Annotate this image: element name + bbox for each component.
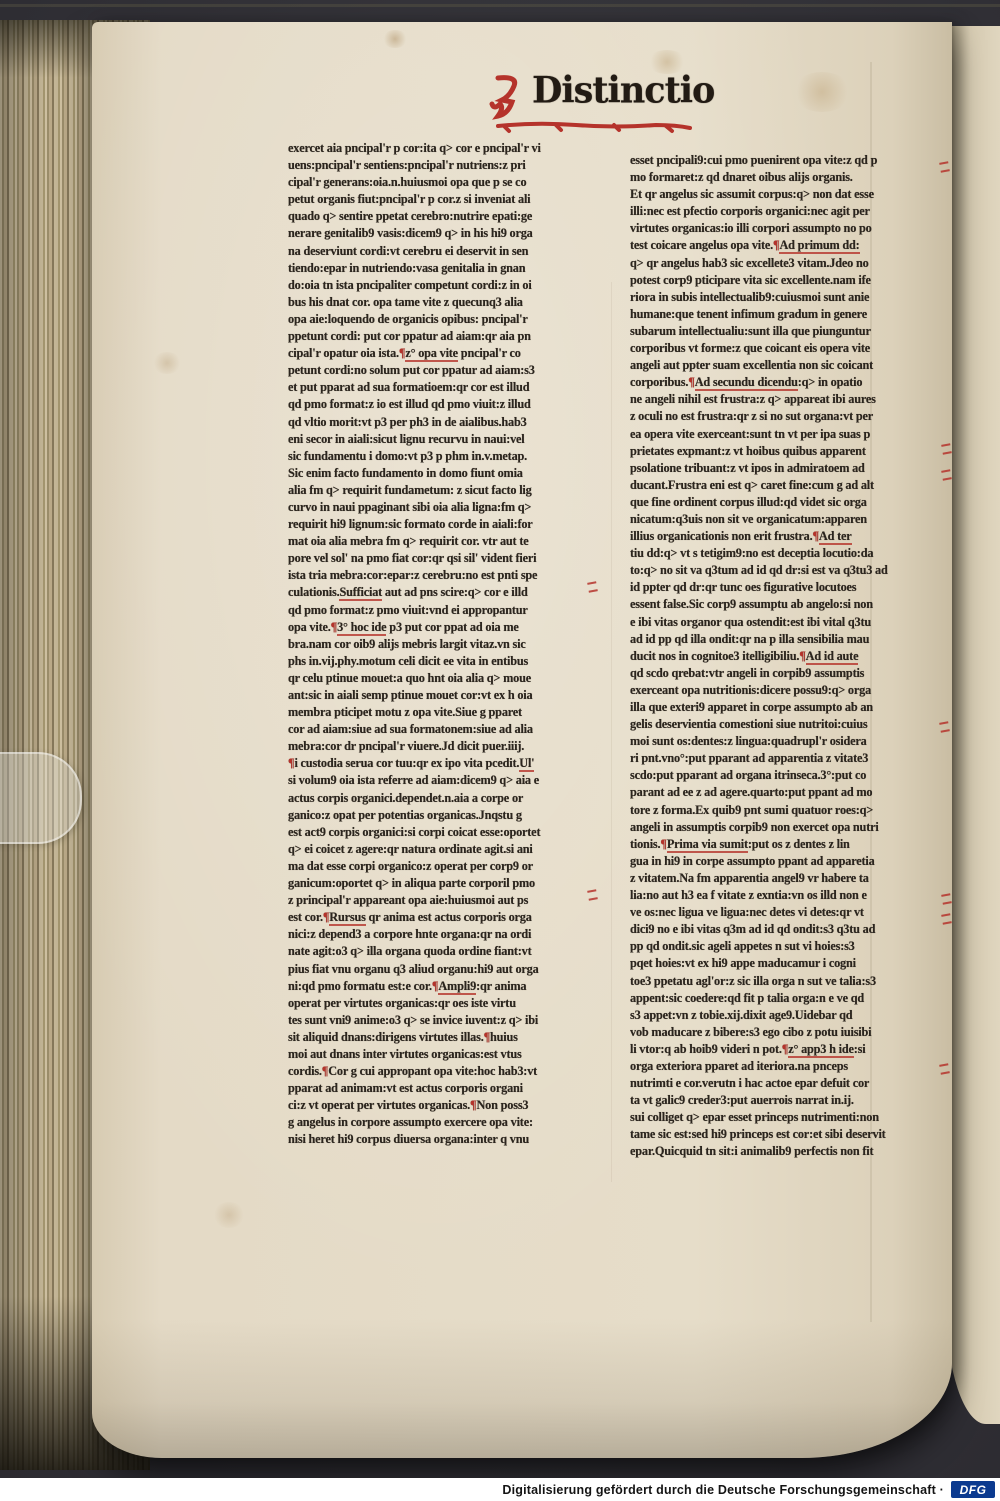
text-line: est cor.¶Rursus qr anima est actus corpo… [288, 909, 586, 926]
text-line: ne angeli nihil est frustra:z q> apparea… [630, 391, 937, 408]
text-line: curvo in naui ppaginant sibi oia alia li… [288, 499, 586, 516]
text-line: vob maducare z bibere:s3 ego cibo z potu… [630, 1024, 937, 1041]
foxing-stain [792, 72, 852, 112]
text-line: requirit hi9 lignum:sic formato corde in… [288, 516, 586, 533]
text-line: ppetunt cordi: put cor ppatur ad aiam:qr… [288, 328, 586, 345]
dfg-logo: DFG [951, 1481, 995, 1498]
foxing-stain [382, 30, 408, 48]
text-line: eni secor in aiali:sicut lignu recurvu i… [288, 431, 586, 448]
text-line: z principal'r appareant opa aie:huiusmoi… [288, 892, 586, 909]
text-line: dici9 no e ibi vitas q3m ad id qd ondit:… [630, 921, 937, 938]
text-line: mat oia alia mebra fm q> requirit cor. v… [288, 533, 586, 550]
text-line: ci:z vt operat per virtutes organicas.¶N… [288, 1097, 586, 1114]
text-line: virtutes organicas:io illi corpori assum… [630, 220, 937, 237]
text-line: si volum9 oia ista referre ad aiam:dicem… [288, 772, 586, 789]
text-line: bra.nam cor oib9 alijs mebris largit vit… [288, 636, 586, 653]
margin-rubric-mark [939, 721, 950, 732]
text-line: nicatum:q3uis non sit ve organicatum:app… [630, 511, 937, 528]
text-line: tes sunt vni9 anime:o3 q> se invice iuve… [288, 1012, 586, 1029]
text-line: q> ei coicet z agere:qr natura ordinate … [288, 841, 586, 858]
text-line: nate agit:o3 q> illa organa quoda ordine… [288, 943, 586, 960]
text-line: culationis.Sufficiat aut ad pns scire:q>… [288, 584, 586, 601]
text-line: pore vel sol' na pmo fiat cor:qr qsi sil… [288, 550, 586, 567]
text-line: scdo:put pparant ad organa itrinseca.3°:… [630, 767, 937, 784]
page-bottom-shadow [92, 1318, 952, 1458]
text-line: parant ad ee z ad agere.quarto:put ppant… [630, 784, 937, 801]
text-line: petunt cordi:no solum put cor ppatur ad … [288, 362, 586, 379]
text-line: tiu dd:q> vt s tetigim9:no est deceptia … [630, 545, 937, 562]
text-line: cordis.¶Cor g cui appropant opa vite:hoc… [288, 1063, 586, 1080]
text-line: membra pticipet motu z opa vite.Siue g p… [288, 704, 586, 721]
text-line: s3 appet:vn z tobie.xij.dixit age9.Uideb… [630, 1007, 937, 1024]
page-title: Distinctio [532, 69, 714, 112]
text-line: toe3 ppetatu agl'or:z sic illa orga n su… [630, 973, 937, 990]
text-line: do:oia tn ista pncipaliter competunt cor… [288, 277, 586, 294]
text-line: que fine ordinent corpus illud:qd videt … [630, 494, 937, 511]
text-line: li vtor:q ab hoib9 videri n pot.¶z° app3… [630, 1041, 937, 1058]
text-line: tiendo:epar in nutriendo:vasa genitalia … [288, 260, 586, 277]
text-line: na deserviunt cordi:vt cerebru ei deserv… [288, 243, 586, 260]
text-line: z oculi no est frustra:qr z si no sut or… [630, 408, 937, 425]
text-line: potest corp9 pticipare vita sic excellen… [630, 272, 937, 289]
margin-rubric-mark [941, 913, 952, 924]
text-line: angeli in assumptis corpib9 non exercet … [630, 819, 937, 836]
margin-rubric-mark [587, 581, 598, 592]
text-line: gelis deservientia comestioni siue nutri… [630, 716, 937, 733]
credit-text: Digitalisierung gefördert durch die Deut… [502, 1483, 944, 1497]
text-line: ducit nos in cognitoe3 itelligibiliu.¶Ad… [630, 648, 937, 665]
text-line: Sic enim facto fundamento in domo fiunt … [288, 465, 586, 482]
margin-rubric-mark [941, 469, 952, 480]
text-line: illi:nec est pfectio corporis organici:n… [630, 203, 937, 220]
text-line: sit aliquid dnans:dirigens virtutes illa… [288, 1029, 586, 1046]
text-line: lia:no aut h3 ea f vitate z exntia:vn os… [630, 887, 937, 904]
foxing-stain [212, 1202, 246, 1228]
text-line: cipal'r opatur oia ista.¶z° opa vite pnc… [288, 345, 586, 362]
text-line: nisi heret hi9 corpus diuersa organa:int… [288, 1131, 586, 1148]
text-line: g angelus in corpore assumpto exercere o… [288, 1114, 586, 1131]
text-line: to:q> no sit va q3tum ad id qd dr:si est… [630, 562, 937, 579]
text-line: pparat ad animam:vt est actus corporis o… [288, 1080, 586, 1097]
margin-rubric-mark [939, 161, 950, 172]
text-line: tore z forma.Ex quib9 pnt sumi quatuor r… [630, 802, 937, 819]
transparent-page-clip [0, 752, 82, 844]
text-line: cor ad aiam:siue ad sua formatonem:siue … [288, 721, 586, 738]
text-column-right: esset pncipali9:cui pmo puenirent opa vi… [630, 152, 937, 1161]
text-line: corporibus.¶Ad secundu dicendu:q> in opa… [630, 374, 937, 391]
header-underline-flourish-icon [496, 118, 696, 134]
text-line: pqet hoies:vt ex hi9 appe maducamur i co… [630, 955, 937, 972]
text-line: id ppter qd dr:qr tunc oes figurative lo… [630, 579, 937, 596]
text-line: pius fiat vnu organu q3 aliud organu:hi9… [288, 961, 586, 978]
text-line: humane:que tenent infimum gradum in gene… [630, 306, 937, 323]
text-line: ista tria mebra:cor:epar:z cerebru:no es… [288, 567, 586, 584]
text-line: moi aut dnans inter virtutes organicas:e… [288, 1046, 586, 1063]
margin-rubric-mark [941, 443, 952, 454]
text-line: appent:sic coedere:qd fit p talia orga:n… [630, 990, 937, 1007]
text-line: esset pncipali9:cui pmo puenirent opa vi… [630, 152, 937, 169]
text-line: ¶i custodia serua cor tuu:qr ex ipo vita… [288, 755, 586, 772]
text-line: essent false.Sic corp9 assumptu ab angel… [630, 596, 937, 613]
text-line: qd pmo format:z pmo viuit:vnd ei appropa… [288, 602, 586, 619]
text-line: quado q> sentire ppetat cerebro:nutrire … [288, 208, 586, 225]
text-line: corporibus vt forme:z que coicant eis op… [630, 340, 937, 357]
text-line: z vitatem.Na fm apparentia angel9 vr hab… [630, 870, 937, 887]
text-line: ganicum:oportet q> in aliqua parte corpo… [288, 875, 586, 892]
text-line: ta vt galic9 creder3:put auerrois narrat… [630, 1092, 937, 1109]
text-line: mebra:cor dr pncipal'r viuere.Jd dicit p… [288, 738, 586, 755]
scanned-page: Distinctio exercet aia pncipal'r p cor:i… [92, 22, 952, 1458]
text-line: e ibi vitas organor qua ostendit:est ibi… [630, 614, 937, 631]
text-line: test coicare angelus opa vite.¶Ad primum… [630, 237, 937, 254]
text-line: qd pmo format:z io est illud qd pmo viui… [288, 396, 586, 413]
text-line: riora in subis intellectualib9:cuiusmoi … [630, 289, 937, 306]
text-line: cipal'r generans:oia.n.huiusmoi opa que … [288, 174, 586, 191]
text-line: illa que exteri9 apparet in corpe assump… [630, 699, 937, 716]
text-line: ve os:nec ligua ve ligua:nec detes vi de… [630, 904, 937, 921]
book-scan: Distinctio exercet aia pncipal'r p cor:i… [0, 0, 1000, 1501]
text-column-left: exercet aia pncipal'r p cor:ita q> cor e… [288, 140, 586, 1149]
text-line: orga exteriora pparet ad iteriora.na pnc… [630, 1058, 937, 1075]
text-line: angeli aut ppter suam excellentia non si… [630, 357, 937, 374]
margin-rubric-mark [587, 889, 598, 900]
text-line: subarum intellectualiu:sunt illa que piu… [630, 323, 937, 340]
text-line: opa vite.¶3° hoc ide p3 put cor ppat ad … [288, 619, 586, 636]
text-line: et put pparat ad sua formatioem:qr cor e… [288, 379, 586, 396]
text-line: ea opera vite exerceant:sunt tn vt per i… [630, 426, 937, 443]
text-line: Et qr angelus sic assumit corpus:q> non … [630, 186, 937, 203]
text-line: illius organicationis non erit frustra.¶… [630, 528, 937, 545]
text-line: phs in.vij.phy.motum celi dicit ee vita … [288, 653, 586, 670]
margin-rubric-mark [939, 1063, 950, 1074]
text-line: ganico:z opat per potentias organicas.Jn… [288, 807, 586, 824]
text-line: qr celu ptinue mouet:a quo hnt oia alia … [288, 670, 586, 687]
text-line: qd vltio morit:vt p3 per ph3 in de aiali… [288, 414, 586, 431]
text-line: ma dat esse corpi organico:z operat per … [288, 858, 586, 875]
text-line: petut organis fiut:pncipal'r p cor.z si … [288, 191, 586, 208]
text-line: nici:z depend3 a corpore hnte organa:qr … [288, 926, 586, 943]
text-line: ni:qd pmo formatu est:e cor.¶Ampli9:qr a… [288, 978, 586, 995]
text-line: opa aie:loquendo de organicis opibus: pn… [288, 311, 586, 328]
text-line: qd scdo qrebat:vtr angeli in corpib9 ass… [630, 665, 937, 682]
text-line: ad id pp qd illa ondit:qr na p illa sens… [630, 631, 937, 648]
text-line: moi sunt os:dentes:z lingua:quadrupl'r o… [630, 733, 937, 750]
facing-page-edge [946, 26, 1000, 1424]
text-line: sic fundamentu i domo:vt p3 p phm in.v.m… [288, 448, 586, 465]
text-line: epar.Quicquid tn sit:i animalib9 perfect… [630, 1143, 937, 1160]
text-line: alia fm q> requirit fundametum: z sicut … [288, 482, 586, 499]
text-line: tionis.¶Prima via sumit:put os z dentes … [630, 836, 937, 853]
digitization-credit-bar: Digitalisierung gefördert durch die Deut… [0, 1478, 1000, 1501]
text-line: ducant.Frustra eni est q> caret fine:cum… [630, 477, 937, 494]
text-line: tame sic est:sed hi9 princeps est cor:et… [630, 1126, 937, 1143]
text-line: exercet aia pncipal'r p cor:ita q> cor e… [288, 140, 586, 157]
text-line: sui colliget q> epar esset princeps nutr… [630, 1109, 937, 1126]
text-line: ri pnt.vno°:put pparant ad apparentia z … [630, 750, 937, 767]
rubric-paraph-mark-icon [488, 74, 532, 120]
page-crease [611, 282, 612, 1182]
text-line: psolatione tribuant:z vt ipos in admirat… [630, 460, 937, 477]
text-line: exerceant opa nutritionis:dicere possu9:… [630, 682, 937, 699]
text-line: prietates expmant:z vt hoibus quibus app… [630, 443, 937, 460]
text-line: pp qd ondit.sic ageli appetes n sut vi h… [630, 938, 937, 955]
text-line: nutrimti e cor.verutn i hac actoe epar d… [630, 1075, 937, 1092]
text-line: operat per virtutes organicas:qr oes ist… [288, 995, 586, 1012]
text-line: est act9 corpis organici:si corpi coicat… [288, 824, 586, 841]
text-line: q> qr angelus hab3 sic excellete3 vitam.… [630, 255, 937, 272]
text-line: nerare genitalib9 vasis:dicem9 q> in his… [288, 225, 586, 242]
page-header: Distinctio [488, 68, 788, 134]
foxing-stain [152, 352, 182, 374]
text-line: bus his dnat cor. opa tame vite z quecun… [288, 294, 586, 311]
text-line: uens:pncipal'r sentiens:pncipal'r nutrie… [288, 157, 586, 174]
margin-rubric-mark [941, 893, 952, 904]
text-line: mo formaret:z qd dnaret oibus alijs orga… [630, 169, 937, 186]
text-line: gua in hi9 in corpe assumpto ppant ad ap… [630, 853, 937, 870]
text-line: actus corpis organici.dependet.n.aia a c… [288, 790, 586, 807]
text-line: ant:sic in aiali semp ptinue mouet cor:v… [288, 687, 586, 704]
